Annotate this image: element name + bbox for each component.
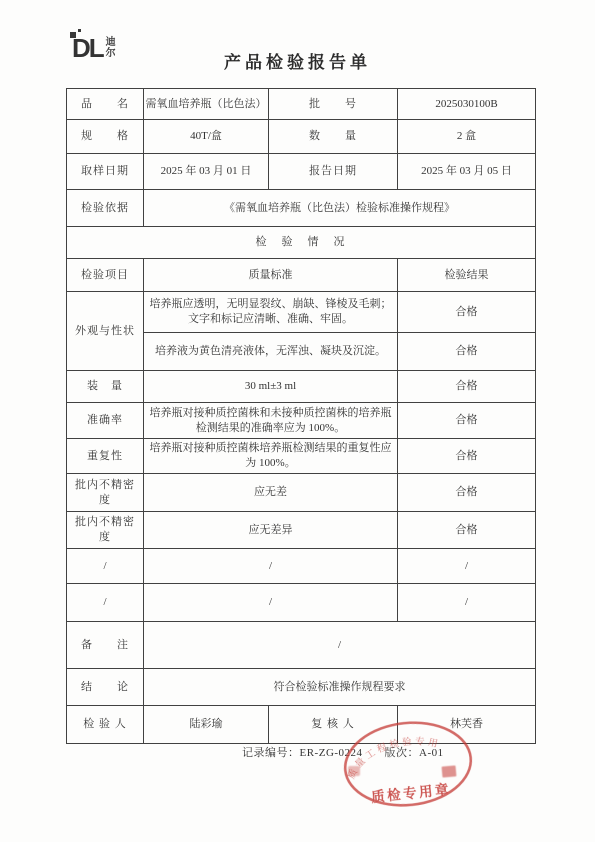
report-date-label: 报告日期 (269, 154, 398, 190)
conclusion-label: 结 论 (67, 669, 144, 706)
table-row: 外观与性状 培养瓶应透明，无明显裂纹、崩缺、锋棱及毛刺；文字和标记应清晰、准确、… (67, 292, 536, 333)
spec-label: 规 格 (67, 120, 144, 154)
result-repeatability: 合格 (398, 439, 536, 474)
quantity-label: 数 量 (269, 120, 398, 154)
product-name-value: 需氧血培养瓶（比色法） (144, 89, 269, 120)
result-appearance-1: 合格 (398, 292, 536, 333)
result-accuracy: 合格 (398, 403, 536, 439)
inspector-name: 陆彩瑜 (144, 706, 269, 744)
result-imprecision-2: 合格 (398, 512, 536, 549)
sampling-date-label: 取样日期 (67, 154, 144, 190)
table-row: / / / (67, 549, 536, 584)
remark-label: 备 注 (67, 622, 144, 669)
scanned-report-page: DL 迪 尔 产品检验报告单 品 名 需氧血培养瓶（比色法） 批 号 20250… (0, 0, 595, 842)
page-title: 产品检验报告单 (0, 48, 595, 73)
standard-empty-1: / (144, 549, 398, 584)
table-row: 重复性 培养瓶对接种质控菌株培养瓶检测结果的重复性应为 100%。 合格 (67, 439, 536, 474)
logo-pixel-decoration (70, 32, 76, 38)
standard-appearance-2: 培养液为黄色清亮液体，无浑浊、凝块及沉淀。 (144, 333, 398, 371)
footer-record-line: 记录编号：ER-ZG-0224 版次：A-01 (242, 744, 444, 760)
result-empty-1: / (398, 549, 536, 584)
col-header-result: 检验结果 (398, 259, 536, 292)
basis-value: 《需氧血培养瓶（比色法）检验标准操作规程》 (144, 190, 536, 227)
table-row: 批内不精密度 应无差异 合格 (67, 512, 536, 549)
col-header-standard: 质量标准 (144, 259, 398, 292)
table-row: 结 论 符合检验标准操作规程要求 (67, 669, 536, 706)
stamp-inner-mark (442, 765, 457, 777)
section-header: 检 验 情 况 (67, 227, 536, 259)
item-imprecision-1: 批内不精密度 (67, 474, 144, 512)
stamp-ink-smudge (348, 766, 360, 776)
inspector-label: 检 验 人 (67, 706, 144, 744)
standard-empty-2: / (144, 584, 398, 622)
standard-imprecision-2: 应无差异 (144, 512, 398, 549)
stamp-main-text: 质检专用章 (370, 781, 451, 805)
table-row: 品 名 需氧血培养瓶（比色法） 批 号 2025030100B (67, 89, 536, 120)
conclusion-value: 符合检验标准操作规程要求 (144, 669, 536, 706)
table-row: 检 验 情 况 (67, 227, 536, 259)
standard-imprecision-1: 应无差 (144, 474, 398, 512)
table-row: 准确率 培养瓶对接种质控菌株和未接种质控菌株的培养瓶检测结果的准确率应为 100… (67, 403, 536, 439)
item-fill-volume: 装 量 (67, 371, 144, 403)
quantity-value: 2 盒 (398, 120, 536, 154)
table-row: 检验项目 质量标准 检验结果 (67, 259, 536, 292)
standard-fill-volume: 30 ml±3 ml (144, 371, 398, 403)
item-empty-1: / (67, 549, 144, 584)
table-row: 规 格 40T/盒 数 量 2 盒 (67, 120, 536, 154)
spec-value: 40T/盒 (144, 120, 269, 154)
standard-appearance-1: 培养瓶应透明，无明显裂纹、崩缺、锋棱及毛刺；文字和标记应清晰、准确、牢固。 (144, 292, 398, 333)
reviewer-label: 复 核 人 (269, 706, 398, 744)
item-empty-2: / (67, 584, 144, 622)
version: 版次：A-01 (385, 744, 444, 760)
version-label: 版次： (385, 747, 420, 759)
inspection-report-table: 品 名 需氧血培养瓶（比色法） 批 号 2025030100B 规 格 40T/… (66, 88, 536, 744)
table-row: 批内不精密度 应无差 合格 (67, 474, 536, 512)
item-accuracy: 准确率 (67, 403, 144, 439)
col-header-item: 检验项目 (67, 259, 144, 292)
table-row: 检验依据 《需氧血培养瓶（比色法）检验标准操作规程》 (67, 190, 536, 227)
record-number: 记录编号：ER-ZG-0224 (242, 744, 363, 760)
batch-no-value: 2025030100B (398, 89, 536, 120)
basis-label: 检验依据 (67, 190, 144, 227)
result-empty-2: / (398, 584, 536, 622)
logo-pixel-decoration (78, 29, 81, 32)
standard-accuracy: 培养瓶对接种质控菌株和未接种质控菌株的培养瓶检测结果的准确率应为 100%。 (144, 403, 398, 439)
remark-value: / (144, 622, 536, 669)
result-fill-volume: 合格 (398, 371, 536, 403)
sampling-date-value: 2025 年 03 月 01 日 (144, 154, 269, 190)
logo-char-top: 迪 (106, 37, 116, 48)
item-appearance: 外观与性状 (67, 292, 144, 371)
product-name-label: 品 名 (67, 89, 144, 120)
table-row: 装 量 30 ml±3 ml 合格 (67, 371, 536, 403)
reviewer-name: 林芙香 (398, 706, 536, 744)
version-value: A-01 (419, 747, 444, 759)
result-appearance-2: 合格 (398, 333, 536, 371)
report-date-value: 2025 年 03 月 05 日 (398, 154, 536, 190)
item-repeatability: 重复性 (67, 439, 144, 474)
table-row: / / / (67, 584, 536, 622)
item-imprecision-2: 批内不精密度 (67, 512, 144, 549)
table-row: 取样日期 2025 年 03 月 01 日 报告日期 2025 年 03 月 0… (67, 154, 536, 190)
table-row: 检 验 人 陆彩瑜 复 核 人 林芙香 (67, 706, 536, 744)
table-row: 备 注 / (67, 622, 536, 669)
result-imprecision-1: 合格 (398, 474, 536, 512)
batch-no-label: 批 号 (269, 89, 398, 120)
standard-repeatability: 培养瓶对接种质控菌株培养瓶检测结果的重复性应为 100%。 (144, 439, 398, 474)
record-number-label: 记录编号： (242, 747, 300, 759)
record-number-value: ER-ZG-0224 (300, 747, 363, 759)
